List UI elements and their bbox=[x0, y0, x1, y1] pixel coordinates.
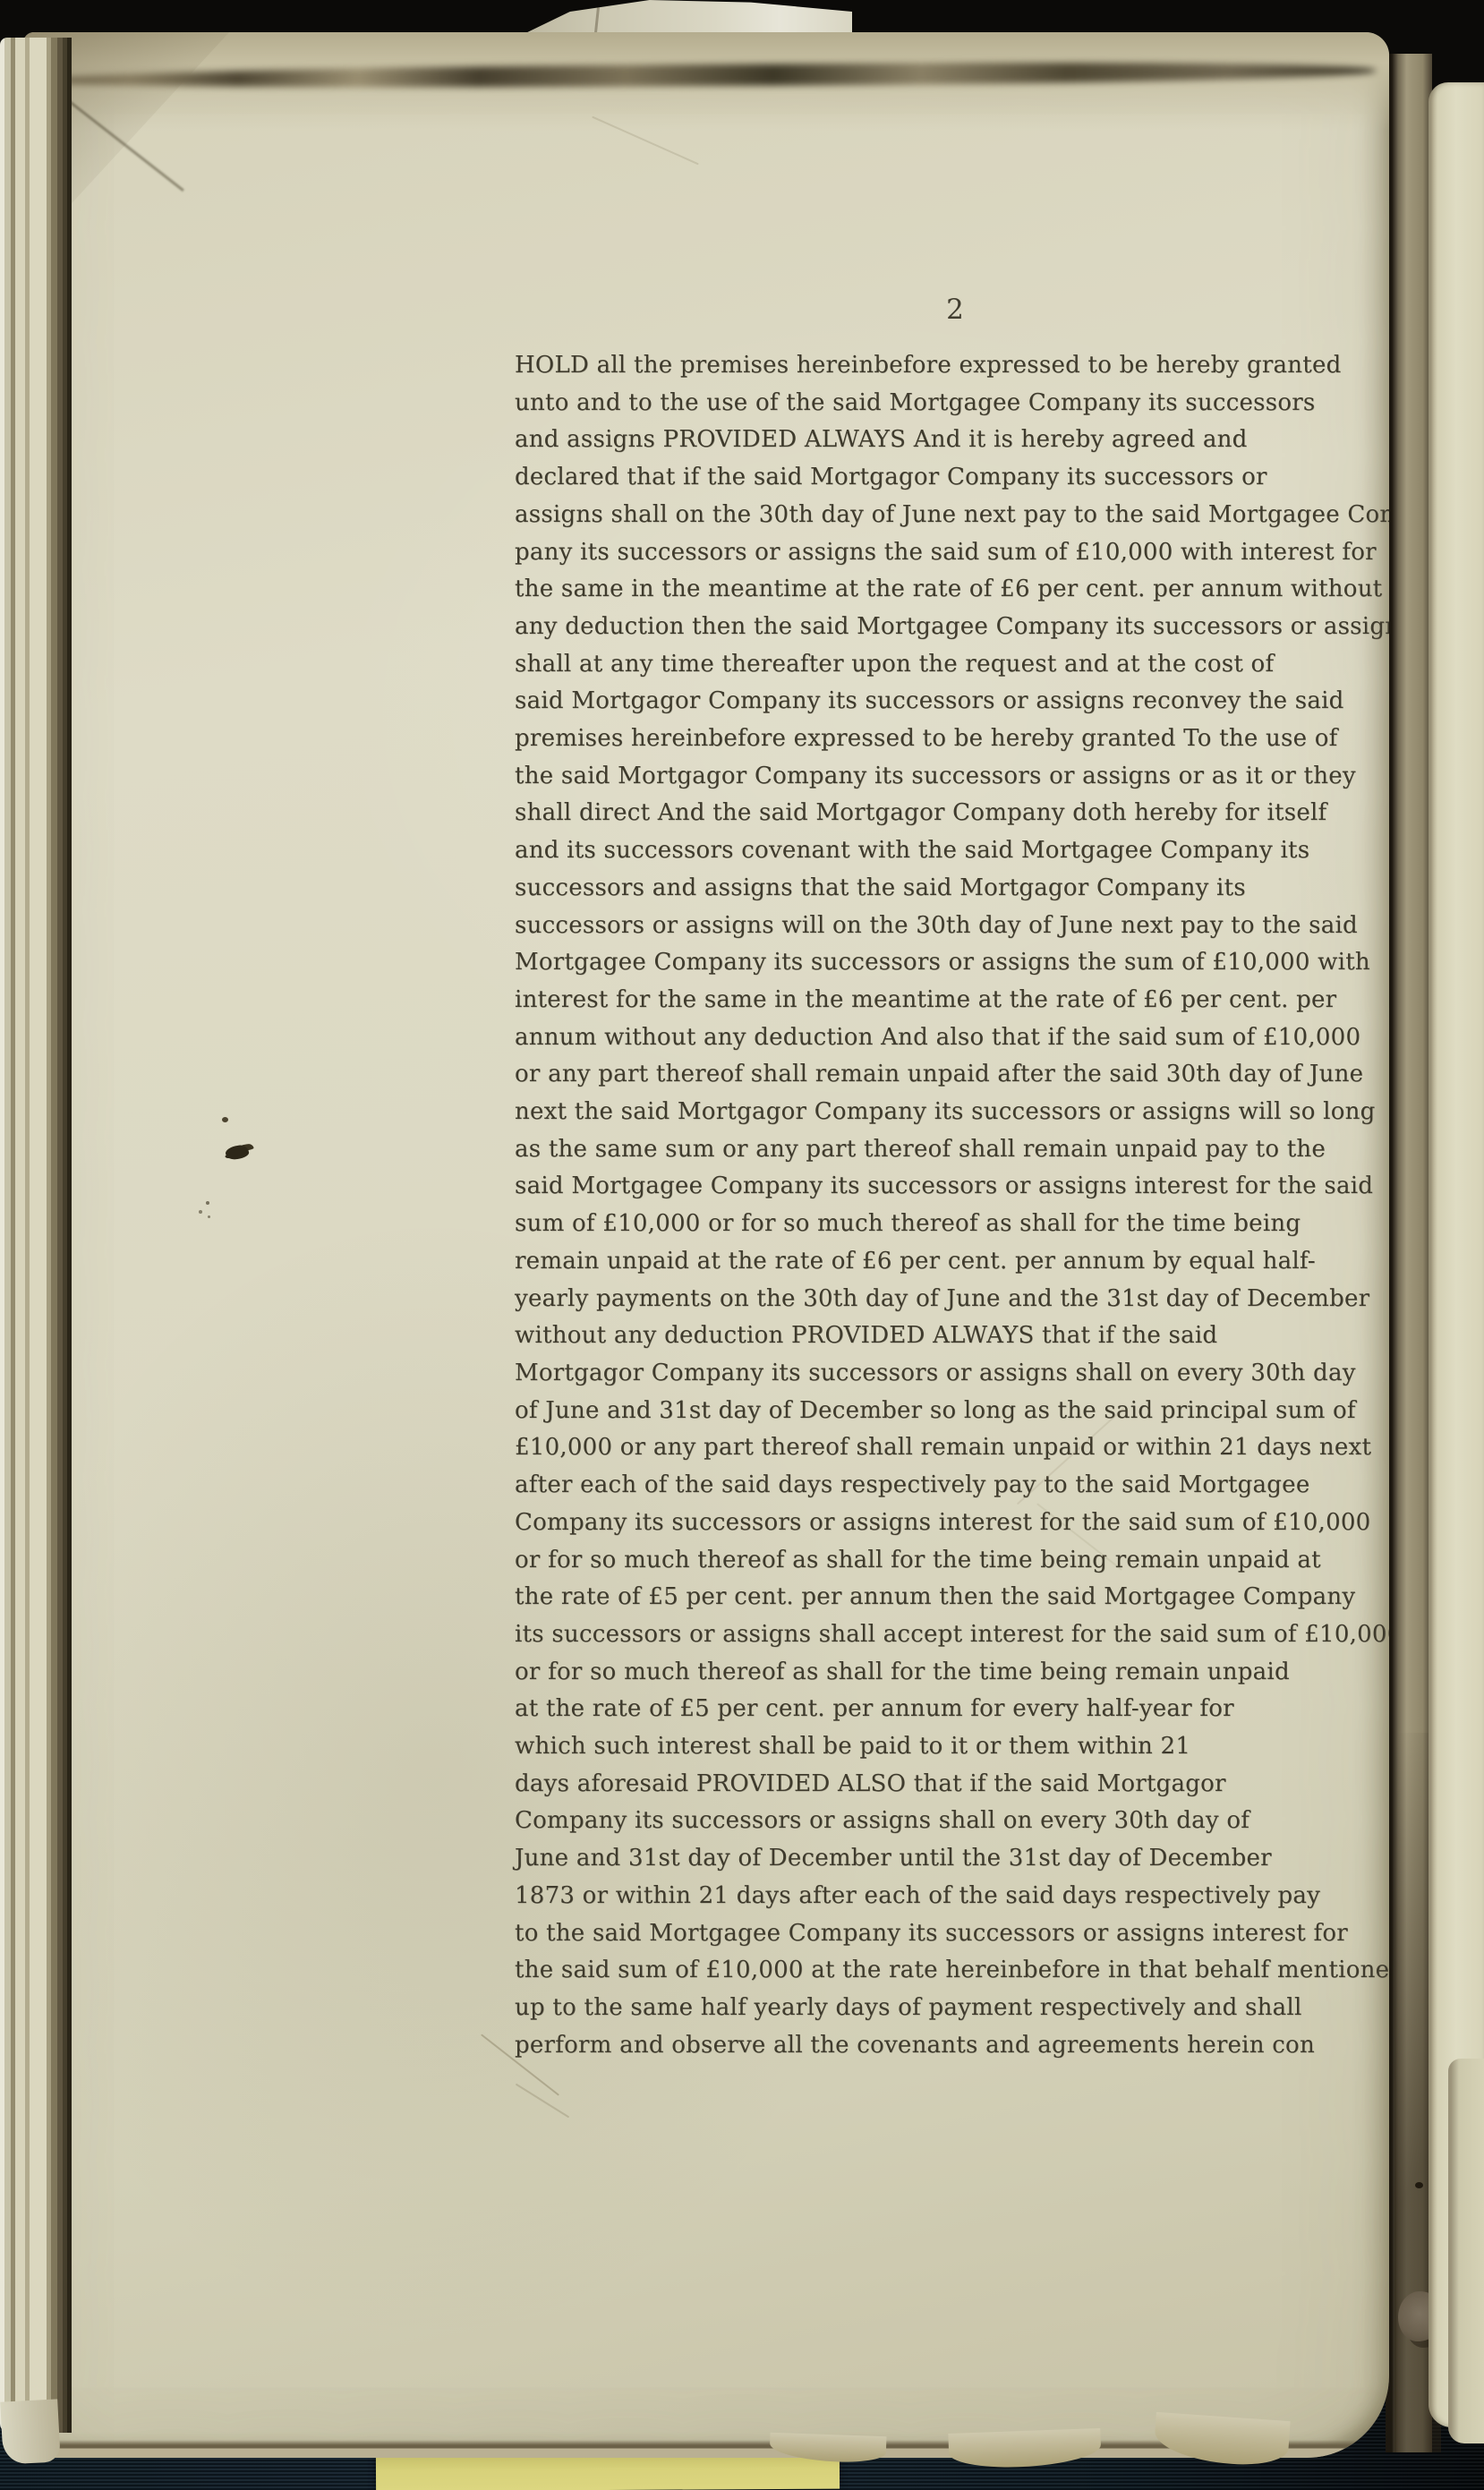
text-line: up to the same half yearly days of payme… bbox=[515, 1990, 1389, 2027]
text-line: perform and observe all the covenants an… bbox=[515, 2027, 1389, 2065]
ink-speck bbox=[206, 1201, 209, 1205]
text-line: or any part thereof shall remain unpaid … bbox=[515, 1056, 1389, 1094]
text-line: £10,000 or any part thereof shall remain… bbox=[515, 1429, 1389, 1467]
text-line: the same in the meantime at the rate of … bbox=[515, 571, 1389, 609]
text-line: Mortgagor Company its successors or assi… bbox=[515, 1355, 1389, 1393]
text-line: after each of the said days respectively… bbox=[515, 1467, 1389, 1505]
text-line: interest for the same in the meantime at… bbox=[515, 982, 1389, 1019]
paper-scratch bbox=[516, 2084, 569, 2119]
text-line: which such interest shall be paid to it … bbox=[515, 1728, 1389, 1766]
text-line: the said sum of £10,000 at the rate here… bbox=[515, 1952, 1389, 1990]
text-line: assigns shall on the 30th day of June ne… bbox=[515, 497, 1389, 534]
ink-blot bbox=[225, 1144, 250, 1160]
page-number: 2 bbox=[515, 294, 1389, 326]
facing-page-lower-edge bbox=[1448, 2059, 1484, 2443]
text-line: or for so much thereof as shall for the … bbox=[515, 1654, 1389, 1692]
left-page-edges bbox=[0, 38, 72, 2433]
ink-speck bbox=[222, 1117, 228, 1122]
text-line: to the said Mortgagee Company its succes… bbox=[515, 1915, 1389, 1953]
text-line: and assigns PROVIDED ALWAYS And it is he… bbox=[515, 422, 1389, 459]
text-line: next the said Mortgagor Company its succ… bbox=[515, 1094, 1389, 1131]
text-line: said Mortgagor Company its successors or… bbox=[515, 683, 1389, 721]
text-line: June and 31st day of December until the … bbox=[515, 1840, 1389, 1878]
text-line: declared that if the said Mortgagor Comp… bbox=[515, 459, 1389, 497]
text-line: yearly payments on the 30th day of June … bbox=[515, 1281, 1389, 1318]
text-line: the said Mortgagor Company its successor… bbox=[515, 758, 1389, 796]
text-line: HOLD all the premises hereinbefore expre… bbox=[515, 347, 1389, 385]
ink-speck bbox=[208, 1215, 210, 1218]
text-line: shall at any time thereafter upon the re… bbox=[515, 646, 1389, 684]
text-line: successors or assigns will on the 30th d… bbox=[515, 908, 1389, 945]
text-line: as the same sum or any part thereof shal… bbox=[515, 1131, 1389, 1169]
book-scan: 2 HOLD all the premises hereinbefore exp… bbox=[0, 0, 1484, 2490]
text-line: premises hereinbefore expressed to be he… bbox=[515, 721, 1389, 758]
text-line: at the rate of £5 per cent. per annum fo… bbox=[515, 1691, 1389, 1728]
text-line: remain unpaid at the rate of £6 per cent… bbox=[515, 1243, 1389, 1281]
text-line: and its successors covenant with the sai… bbox=[515, 832, 1389, 870]
text-line: shall direct And the said Mortgagor Comp… bbox=[515, 795, 1389, 832]
gap-speck bbox=[1415, 2182, 1423, 2188]
text-line: Mortgagee Company its successors or assi… bbox=[515, 944, 1389, 982]
deed-text: HOLD all the premises hereinbefore expre… bbox=[515, 347, 1389, 2064]
document-page: 2 HOLD all the premises hereinbefore exp… bbox=[23, 32, 1389, 2458]
text-line: annum without any deduction And also tha… bbox=[515, 1019, 1389, 1057]
page-fragment bbox=[0, 2399, 61, 2464]
text-line: unto and to the use of the said Mortgage… bbox=[515, 385, 1389, 422]
torn-top-edge bbox=[23, 32, 1389, 166]
text-line: its successors or assigns shall accept i… bbox=[515, 1616, 1389, 1654]
text-line: any deduction then the said Mortgagee Co… bbox=[515, 609, 1389, 646]
text-line: without any deduction PROVIDED ALWAYS th… bbox=[515, 1317, 1389, 1355]
text-line: Company its successors or assigns intere… bbox=[515, 1505, 1389, 1542]
ink-speck bbox=[199, 1210, 202, 1214]
text-line: the rate of £5 per cent. per annum then … bbox=[515, 1579, 1389, 1616]
text-line: Company its successors or assigns shall … bbox=[515, 1803, 1389, 1840]
text-line: or for so much thereof as shall for the … bbox=[515, 1542, 1389, 1580]
text-line: days aforesaid PROVIDED ALSO that if the… bbox=[515, 1766, 1389, 1804]
text-line: 1873 or within 21 days after each of the… bbox=[515, 1878, 1389, 1915]
text-line: successors and assigns that the said Mor… bbox=[515, 870, 1389, 908]
text-line: said Mortgagee Company its successors or… bbox=[515, 1168, 1389, 1206]
text-line: of June and 31st day of December so long… bbox=[515, 1393, 1389, 1430]
text-line: sum of £10,000 or for so much thereof as… bbox=[515, 1206, 1389, 1243]
page-gutter-gap bbox=[1386, 54, 1432, 2452]
text-line: pany its successors or assigns the said … bbox=[515, 534, 1389, 572]
